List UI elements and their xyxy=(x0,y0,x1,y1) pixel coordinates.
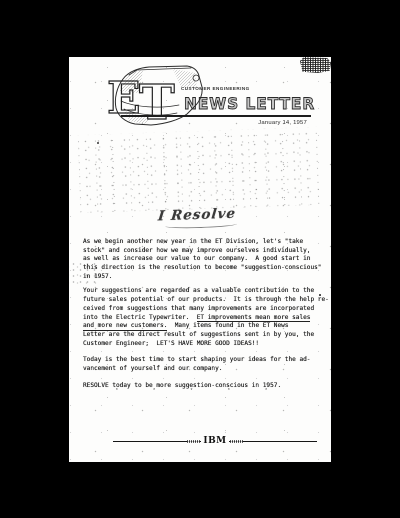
masthead-title: NEWS LETTER xyxy=(184,94,315,113)
newsletter-page: E T CUSTOMER ENGINEERING NEWS LETTER Jan… xyxy=(69,57,331,462)
body-line: As we begin another new year in the ET D… xyxy=(83,238,323,247)
body-line: Customer Engineer; LET'S HAVE MORE GOOD … xyxy=(83,340,323,349)
issue-date: January 14, 1957 xyxy=(258,120,307,126)
body-line: future sales potential of our products. … xyxy=(83,296,323,305)
body-line: Today is the best time to start shaping … xyxy=(83,356,323,365)
body-line: vancement of yourself and our company. xyxy=(83,365,323,374)
ibm-logo: IBM xyxy=(201,436,228,446)
article-body: As we begin another new year in the ET D… xyxy=(83,238,323,396)
scan-noise-band xyxy=(78,127,321,213)
paragraph-3: Today is the best time to start shaping … xyxy=(83,356,323,373)
body-line: and more new customers. Many items found… xyxy=(83,322,323,331)
footer-microtext-right xyxy=(230,440,243,443)
masthead-rule xyxy=(121,115,311,117)
paragraph-1: As we begin another new year in the ET D… xyxy=(83,238,323,281)
underlined-text: and more new customers. xyxy=(83,322,167,330)
asterisk-separator: * * * * * xyxy=(83,388,317,394)
paragraph-2: Your suggestions are regarded as a valua… xyxy=(83,287,323,348)
body-line: in 1957. xyxy=(83,273,323,282)
stray-ink-dot xyxy=(97,142,99,144)
ink-stamp xyxy=(300,57,331,73)
body-line: Letter are the direct result of suggesti… xyxy=(83,331,323,340)
body-line: as well as increase our value to our com… xyxy=(83,255,323,264)
footer: IBM xyxy=(113,436,317,446)
underlined-text: ET improvements mean more sales xyxy=(197,314,311,322)
body-text: Many items found in the ET News xyxy=(167,322,288,329)
footer-microtext-left xyxy=(187,440,200,443)
body-line: this direction is the resolution to beco… xyxy=(83,264,323,273)
body-text: into the Electric Typewriter. xyxy=(83,314,197,321)
body-line: into the Electric Typewriter. ET improve… xyxy=(83,314,323,323)
svg-text:T: T xyxy=(139,75,175,131)
body-line: ceived from suggestions that many improv… xyxy=(83,305,323,314)
masthead-kicker: CUSTOMER ENGINEERING xyxy=(181,86,250,91)
body-line: Your suggestions are regarded as a valua… xyxy=(83,287,323,296)
